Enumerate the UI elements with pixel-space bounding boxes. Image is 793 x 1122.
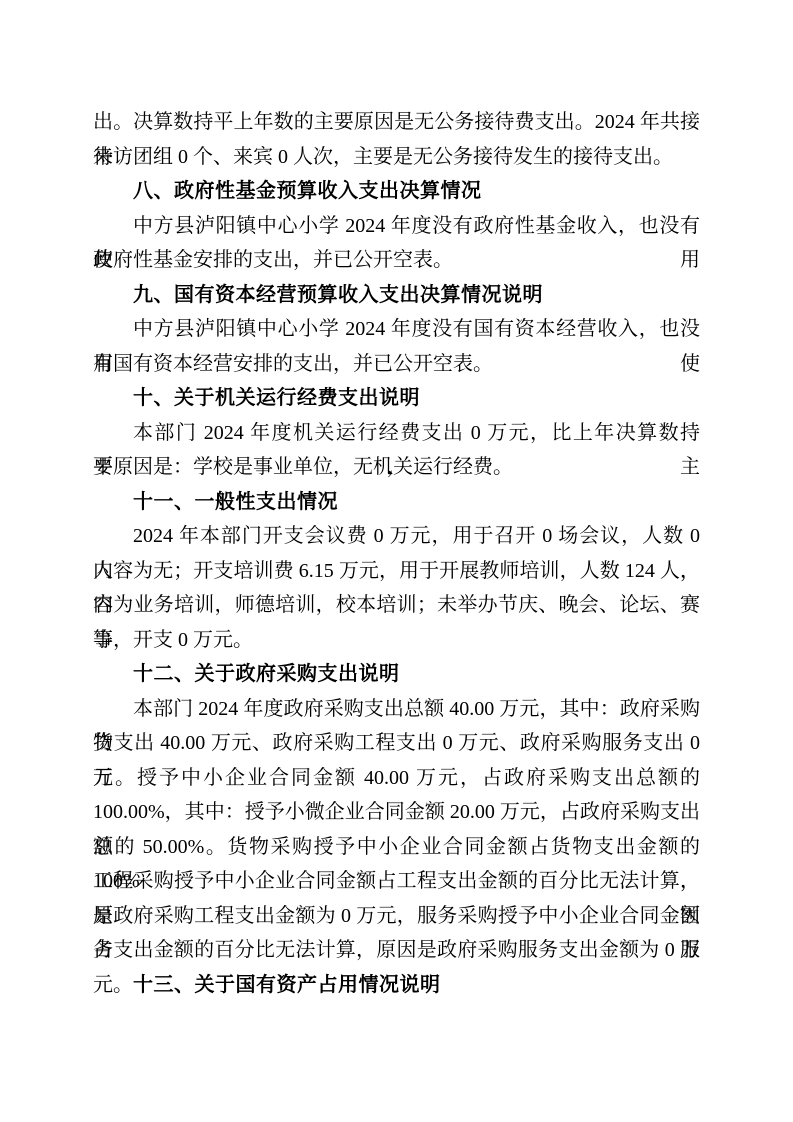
paragraph-government-funds: 中方县泸阳镇中心小学 2024 年度没有政府性基金收入，也没有使用 政府性基金安…: [93, 209, 700, 278]
paragraph-operating-expenses: 本部门 2024 年度机关运行经费支出 0 万元，比上年决算数持平，主 要原因是…: [93, 416, 700, 485]
paragraph-state-capital: 中方县泸阳镇中心小学 2024 年度没有国有资本经营收入，也没有使 用国有资本经…: [93, 312, 700, 381]
text-line: 本部门 2024 年度政府采购支出总额 40.00 万元，其中：政府采购货: [93, 692, 700, 727]
text-line: 来访团组 0 个、来宾 0 人次，主要是无公务接待发生的接待支出。: [93, 140, 700, 175]
document-page: 出。决算数持平上年数的主要原因是无公务接待费支出。2024 年共接待 来访团组 …: [0, 0, 793, 1122]
text-line: 中方县泸阳镇中心小学 2024 年度没有国有资本经营收入，也没有使: [93, 312, 700, 347]
text-line: 是政府采购工程支出金额为 0 万元，服务采购授予中小企业合同金额占服: [93, 899, 700, 934]
paragraph-general-expenditure: 2024 年本部门开支会议费 0 万元，用于召开 0 场会议，人数 0 人， 内…: [93, 519, 700, 657]
text-line: 工程采购授予中小企业合同金额占工程支出金额的百分比无法计算，原因: [93, 864, 700, 899]
section-heading-13-state-assets: 十三、关于国有资产占用情况说明: [93, 968, 700, 1003]
text-line: 元。授予中小企业合同金额 40.00 万元，占政府采购支出总额的: [93, 761, 700, 796]
text-line: 出。决算数持平上年数的主要原因是无公务接待费支出。2024 年共接待: [93, 105, 700, 140]
text-line: 本部门 2024 年度机关运行经费支出 0 万元，比上年决算数持平，主: [93, 416, 700, 451]
section-heading-8-government-funds: 八、政府性基金预算收入支出决算情况: [93, 174, 700, 209]
paragraph-reception-continuation: 出。决算数持平上年数的主要原因是无公务接待费支出。2024 年共接待 来访团组 …: [93, 105, 700, 174]
text-line: 内容为无；开支培训费 6.15 万元，用于开展教师培训，人数 124 人，内: [93, 554, 700, 589]
text-line: 2024 年本部门开支会议费 0 万元，用于召开 0 场会议，人数 0 人，: [93, 519, 700, 554]
text-line: 务支出金额的百分比无法计算，原因是政府采购服务支出金额为 0 万元。: [93, 933, 700, 968]
section-heading-10-operating-expenses: 十、关于机关运行经费支出说明: [93, 381, 700, 416]
text-line: 容为业务培训，师德培训，校本培训；未举办节庆、晚会、论坛、赛事: [93, 588, 700, 623]
paragraph-procurement: 本部门 2024 年度政府采购支出总额 40.00 万元，其中：政府采购货 物支…: [93, 692, 700, 968]
text-line: 100.00%，其中：授予小微企业合同金额 20.00 万元，占政府采购支出总: [93, 795, 700, 830]
text-line: 等，开支 0 万元。: [93, 623, 700, 658]
section-heading-11-general-expenditure: 十一、一般性支出情况: [93, 485, 700, 520]
text-line: 物支出 40.00 万元、政府采购工程支出 0 万元、政府采购服务支出 0 万: [93, 726, 700, 761]
text-line: 额的 50.00%。货物采购授予中小企业合同金额占货物支出金额的 100%，: [93, 830, 700, 865]
text-line: 中方县泸阳镇中心小学 2024 年度没有政府性基金收入，也没有使用: [93, 209, 700, 244]
page-content: 出。决算数持平上年数的主要原因是无公务接待费支出。2024 年共接待 来访团组 …: [93, 105, 700, 1002]
section-heading-12-procurement: 十二、关于政府采购支出说明: [93, 657, 700, 692]
section-heading-9-state-capital: 九、国有资本经营预算收入支出决算情况说明: [93, 278, 700, 313]
